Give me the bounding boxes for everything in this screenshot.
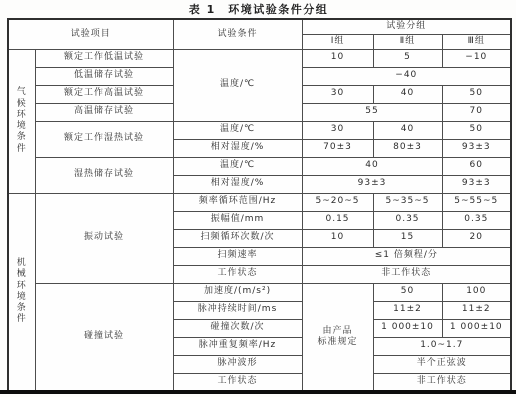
value-damp-heat-temp-g2: 40 (373, 121, 442, 139)
header-test-grouping: 试验分组 (302, 19, 511, 34)
value-sweep-rate-all: ≤1 倍频程/分 (302, 247, 511, 265)
value-freq-range-g2: 5~35~5 (373, 193, 442, 211)
value-acceleration-g2: 50 (373, 283, 442, 301)
item-damp-heat-storage-test: 湿热储存试验 (35, 157, 173, 193)
header-test-item: 试验项目 (8, 19, 173, 49)
condition-relative-humidity: 相对湿度/% (173, 175, 302, 193)
category-climate-environment: 气候 环境 条件 (8, 49, 35, 193)
condition-sweep-cycle-count: 扫频循环次数/次 (173, 229, 302, 247)
table-row: 机械 环境 条件 振动试验 频率循环范围/Hz 5~20~5 5~35~5 5~… (8, 193, 511, 211)
item-rated-damp-heat-test: 额定工作湿热试验 (35, 121, 173, 157)
category-mechanical-environment: 机械 环境 条件 (8, 193, 35, 391)
condition-pulse-duration: 脉冲持续时间/ms (173, 301, 302, 319)
condition-pulse-repetition-frequency: 脉冲重复频率/Hz (173, 337, 302, 355)
value-pulse-duration-g3: 11±2 (442, 301, 511, 319)
condition-temperature: 温度/℃ (173, 121, 302, 139)
value-bump-count-g2: 1 000±10 (373, 319, 442, 337)
value-low-temp-g1: 10 (302, 49, 373, 67)
value-damp-heat-temp-g1: 30 (302, 121, 373, 139)
header-group-1: Ⅰ组 (302, 34, 373, 49)
condition-working-state: 工作状态 (173, 265, 302, 283)
value-high-temp-g1: 30 (302, 85, 373, 103)
value-sweep-cycles-g2: 15 (373, 229, 442, 247)
value-damp-heat-rh-g2: 80±3 (373, 139, 442, 157)
item-rated-low-temp-test: 额定工作低温试验 (35, 49, 173, 67)
page-bottom-edge (0, 390, 516, 394)
condition-sweep-rate: 扫频速率 (173, 247, 302, 265)
value-acceleration-g3: 100 (442, 283, 511, 301)
item-high-temp-storage-test: 高温储存试验 (35, 103, 173, 121)
header-group-3: Ⅲ组 (442, 34, 511, 49)
value-pulse-duration-g2: 11±2 (373, 301, 442, 319)
scanned-standard-page: 表 1 环境试验条件分组 试验项目 试验条件 试验分组 Ⅰ组 Ⅱ组 Ⅲ组 气候 … (0, 0, 516, 397)
value-amplitude-g1: 0.15 (302, 211, 373, 229)
item-rated-high-temp-test: 额定工作高温试验 (35, 85, 173, 103)
value-damp-heat-storage-rh-g12: 93±3 (302, 175, 442, 193)
value-high-temp-storage-g12: 55 (302, 103, 442, 121)
condition-pulse-waveform: 脉冲波形 (173, 355, 302, 373)
table-title: 表 1 环境试验条件分组 (7, 1, 510, 17)
value-amplitude-g2: 0.35 (373, 211, 442, 229)
environment-test-conditions-table: 试验项目 试验条件 试验分组 Ⅰ组 Ⅱ组 Ⅲ组 气候 环境 条件 额定工作低温试… (7, 18, 512, 392)
value-amplitude-g3: 0.35 (442, 211, 511, 229)
value-damp-heat-storage-temp-g12: 40 (302, 157, 442, 175)
condition-bump-count: 碰撞次数/次 (173, 319, 302, 337)
value-damp-heat-rh-g1: 70±3 (302, 139, 373, 157)
condition-temperature: 温度/℃ (173, 157, 302, 175)
table-row: 气候 环境 条件 额定工作低温试验 温度/℃ 10 5 −10 (8, 49, 511, 67)
item-vibration-test: 振动试验 (35, 193, 173, 283)
table-row: 额定工作湿热试验 温度/℃ 30 40 50 (8, 121, 511, 139)
value-damp-heat-storage-temp-g3: 60 (442, 157, 511, 175)
value-sweep-cycles-g1: 10 (302, 229, 373, 247)
value-bump-count-g3: 1 000±10 (442, 319, 511, 337)
table-row: 碰撞试验 加速度/(m/s²) 由产品 标准规定 50 100 (8, 283, 511, 301)
condition-frequency-cycle-range: 频率循环范围/Hz (173, 193, 302, 211)
value-freq-range-g1: 5~20~5 (302, 193, 373, 211)
value-damp-heat-temp-g3: 50 (442, 121, 511, 139)
condition-working-state: 工作状态 (173, 373, 302, 391)
value-vibration-working-state-all: 非工作状态 (302, 265, 511, 283)
condition-temperature-merged: 温度/℃ (173, 49, 302, 121)
value-bump-working-state-g23: 非工作状态 (373, 373, 511, 391)
value-high-temp-g3: 50 (442, 85, 511, 103)
condition-relative-humidity: 相对湿度/% (173, 139, 302, 157)
value-low-temp-g3: −10 (442, 49, 511, 67)
value-high-temp-g2: 40 (373, 85, 442, 103)
value-bump-g1-per-product-standard: 由产品 标准规定 (302, 283, 373, 391)
header-group-2: Ⅱ组 (373, 34, 442, 49)
value-damp-heat-rh-g3: 93±3 (442, 139, 511, 157)
value-freq-range-g3: 5~55~5 (442, 193, 511, 211)
value-high-temp-storage-g3: 70 (442, 103, 511, 121)
table-row: 湿热储存试验 温度/℃ 40 60 (8, 157, 511, 175)
value-pulse-waveform-g23: 半个正弦波 (373, 355, 511, 373)
header-test-condition: 试验条件 (173, 19, 302, 49)
value-pulse-repeat-freq-g23: 1.0~1.7 (373, 337, 511, 355)
value-sweep-cycles-g3: 20 (442, 229, 511, 247)
value-low-temp-g2: 5 (373, 49, 442, 67)
value-damp-heat-storage-rh-g3: 93±3 (442, 175, 511, 193)
condition-acceleration: 加速度/(m/s²) (173, 283, 302, 301)
item-bump-test: 碰撞试验 (35, 283, 173, 391)
value-low-temp-storage-all: −40 (302, 67, 511, 85)
condition-amplitude: 振幅值/mm (173, 211, 302, 229)
item-low-temp-storage-test: 低温储存试验 (35, 67, 173, 85)
